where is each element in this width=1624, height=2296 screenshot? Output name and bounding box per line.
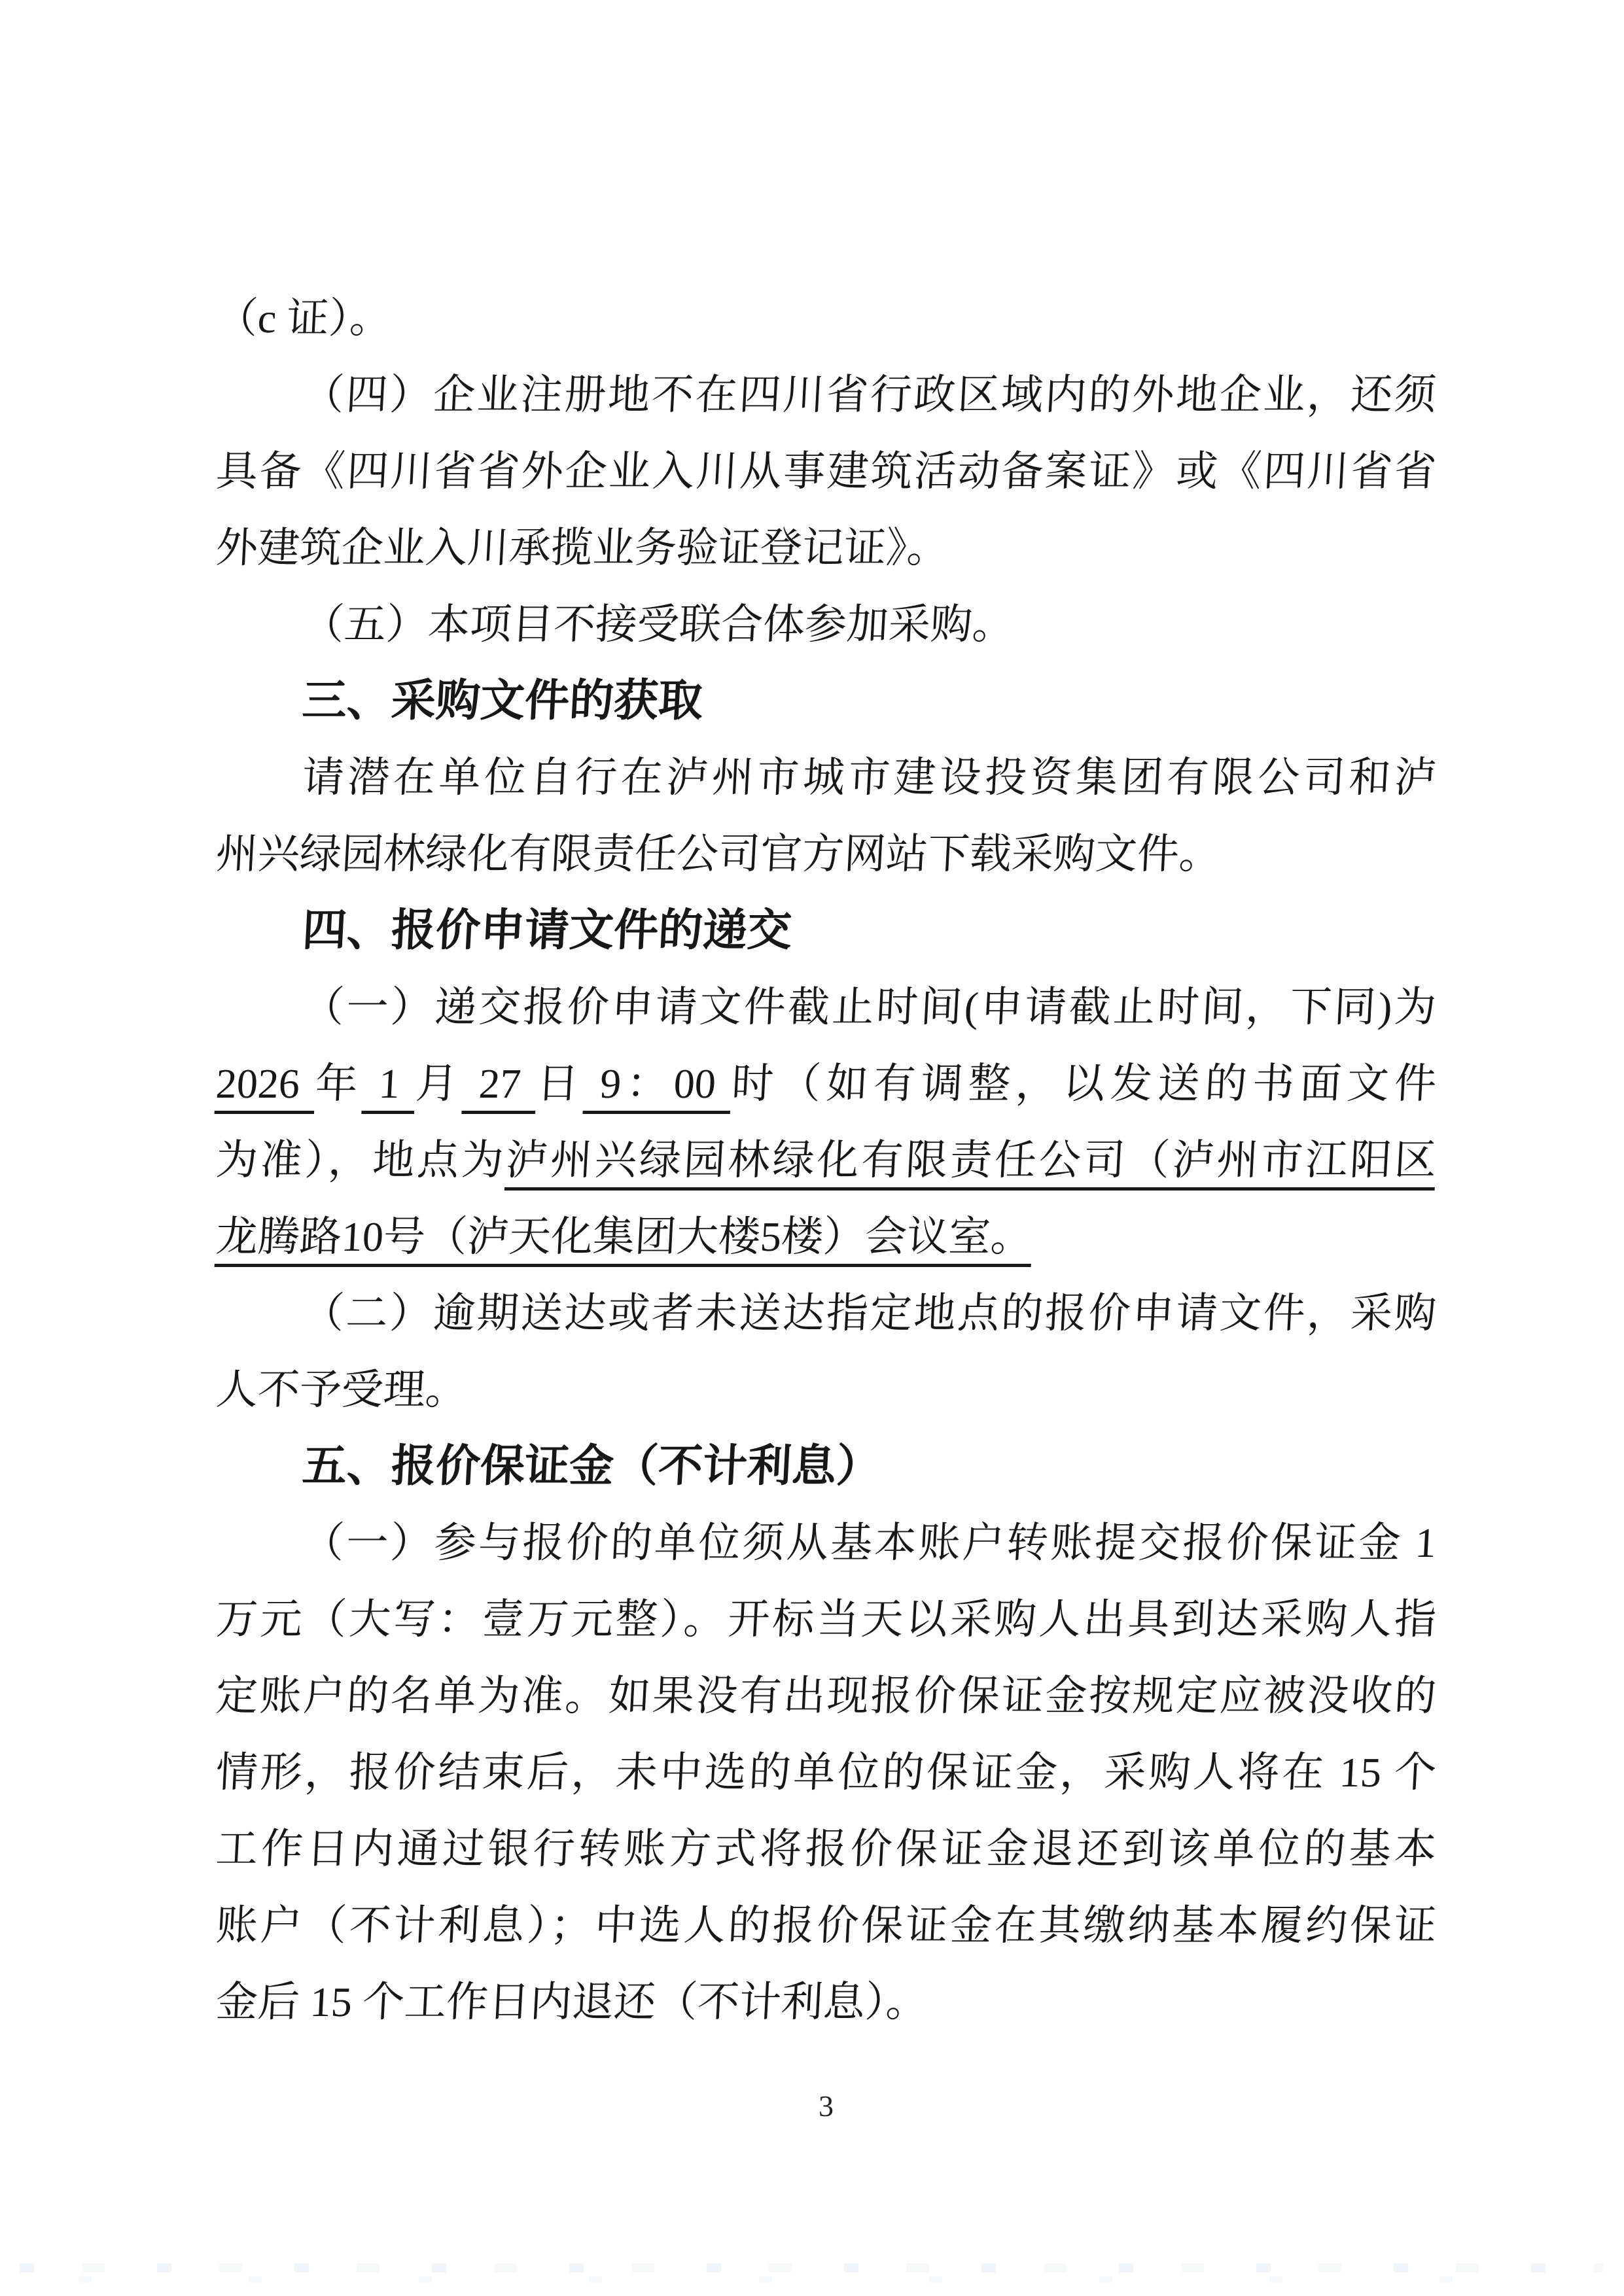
page-number: 3 (216, 2087, 1436, 2126)
text-line: （一）参与报价的单位须从基本账户转账提交报价保证金 1 (214, 1505, 1438, 1581)
underlined-text: 2026 (215, 1060, 317, 1107)
text-run: （四）企业注册地不在四川省行政区域内的外地企业，还须 (301, 372, 1438, 418)
text-line: 人不予受理。 (214, 1351, 1438, 1428)
text-line: （五）本项目不接受联合体参加采购。 (214, 586, 1438, 663)
text-run: 具备《四川省省外企业入川从事建筑活动备案证》或《四川省省 (215, 448, 1438, 495)
text-run: 万元（大写：壹万元整）。开标当天以采购人出具到达采购人指 (215, 1596, 1438, 1643)
text-line: 具备《四川省省外企业入川从事建筑活动备案证》或《四川省省 (214, 433, 1438, 510)
text-line: 龙腾路10号（泸天化集团大楼5楼）会议室。 (214, 1198, 1438, 1275)
text-run: 请潜在单位自行在泸州市城市建设投资集团有限公司和泸 (301, 754, 1438, 801)
text-line: 请潜在单位自行在泸州市城市建设投资集团有限公司和泸 (214, 739, 1438, 816)
text-run: 定账户的名单为准。如果没有出现报价保证金按规定应被没收的 (215, 1673, 1438, 1719)
text-run: 外建筑企业入川承揽业务验证登记证》。 (215, 525, 950, 571)
text-line: 州兴绿园林绿化有限责任公司官方网站下载采购文件。 (214, 816, 1438, 892)
text-run: 为准），地点为 (215, 1137, 507, 1183)
document-page: （c 证）。（四）企业注册地不在四川省行政区域内的外地企业，还须具备《四川省省外… (0, 0, 1624, 2296)
text-line: （二）逾期送达或者未送达指定地点的报价申请文件，采购 (214, 1275, 1438, 1351)
text-run: 三、采购文件的获取 (301, 676, 704, 725)
text-run: 五、报价保证金（不计利息） (301, 1441, 882, 1491)
text-run: 工作日内通过银行转账方式将报价保证金退还到该单位的基本 (215, 1826, 1438, 1872)
text-run: 金后 15 个工作日内退还（不计利息）。 (215, 1979, 929, 2025)
text-run: （一）递交报价申请文件截止时间(申请截止时间，下同)为 (301, 984, 1438, 1030)
text-line: （c 证）。 (214, 280, 1438, 357)
underlined-text: 27 (462, 1060, 538, 1107)
text-run: （二）逾期送达或者未送达指定地点的报价申请文件，采购 (301, 1290, 1438, 1336)
text-line: 金后 15 个工作日内退还（不计利息）。 (214, 1964, 1438, 2040)
text-line: （四）企业注册地不在四川省行政区域内的外地企业，还须 (214, 357, 1438, 433)
text-line: 情形，报价结束后，未中选的单位的保证金，采购人将在 15 个 (214, 1734, 1438, 1811)
text-line: （一）递交报价申请文件截止时间(申请截止时间，下同)为 (214, 969, 1438, 1045)
underlined-text: 泸州兴绿园林绿化有限责任公司（泸州市江阳区 (504, 1137, 1438, 1183)
scan-artifact-strip (20, 2263, 1603, 2272)
text-line: 工作日内通过银行转账方式将报价保证金退还到该单位的基本 (214, 1811, 1438, 1887)
text-run: 四、报价申请文件的递交 (301, 905, 793, 955)
text-run: 年 (314, 1060, 364, 1107)
text-line: 为准），地点为泸州兴绿园林绿化有限责任公司（泸州市江阳区 (214, 1122, 1438, 1198)
text-line: 万元（大写：壹万元整）。开标当天以采购人出具到达采购人指 (214, 1581, 1438, 1658)
text-run: 账户（不计利息）；中选人的报价保证金在其缴纳基本履约保证 (215, 1902, 1438, 1949)
underlined-text: 龙腾路10号（泸天化集团大楼5楼）会议室。 (215, 1213, 1034, 1260)
text-run: （c 证）。 (215, 295, 393, 341)
underlined-text: 9：00 (583, 1060, 733, 1107)
text-run: 日 (536, 1060, 586, 1107)
section-heading: 四、报价申请文件的递交 (214, 892, 1438, 969)
document-body: （c 证）。（四）企业注册地不在四川省行政区域内的外地企业，还须具备《四川省省外… (216, 280, 1436, 2040)
text-line: 账户（不计利息）；中选人的报价保证金在其缴纳基本履约保证 (214, 1887, 1438, 1964)
section-heading: 三、采购文件的获取 (214, 663, 1438, 739)
text-line: 定账户的名单为准。如果没有出现报价保证金按规定应被没收的 (214, 1658, 1438, 1734)
text-run: 州兴绿园林绿化有限责任公司官方网站下载采购文件。 (215, 831, 1222, 877)
text-run: （五）本项目不接受联合体参加采购。 (301, 601, 1015, 648)
text-run: 月 (415, 1060, 465, 1107)
text-run: 人不予受理。 (215, 1366, 468, 1413)
scan-artifact-strip (39, 2276, 1583, 2282)
text-line: 2026 年 1 月 27 日 9：00 时（如有调整，以发送的书面文件 (214, 1045, 1438, 1122)
text-run: （一）参与报价的单位须从基本账户转账提交报价保证金 1 (301, 1520, 1438, 1566)
underlined-text: 1 (362, 1060, 417, 1107)
text-run: 情形，报价结束后，未中选的单位的保证金，采购人将在 15 个 (215, 1749, 1438, 1796)
section-heading: 五、报价保证金（不计利息） (214, 1428, 1438, 1505)
text-line: 外建筑企业入川承揽业务验证登记证》。 (214, 510, 1438, 586)
text-run: 时（如有调整，以发送的书面文件 (730, 1060, 1438, 1107)
